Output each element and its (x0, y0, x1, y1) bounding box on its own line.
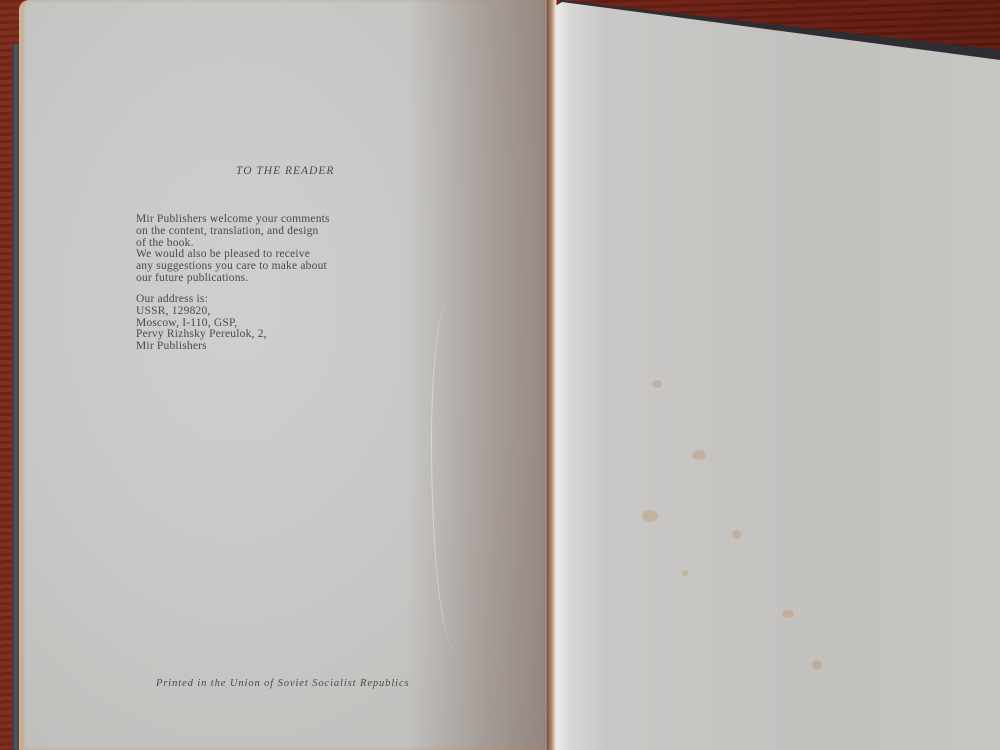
address-line: USSR, 129820, (136, 306, 376, 318)
publisher-address: Our address is: USSR, 129820, Moscow, I-… (136, 294, 376, 353)
left-page (19, 0, 557, 750)
message-line: on the content, translation, and design (136, 226, 376, 238)
book-gutter (547, 0, 556, 750)
address-line: Mir Publishers (136, 341, 376, 353)
reader-message: Mir Publishers welcome your comments on … (136, 214, 376, 285)
right-page (552, 0, 1000, 750)
message-line: our future publications. (136, 273, 376, 285)
imprint-footer: Printed in the Union of Soviet Socialist… (156, 678, 410, 689)
paper-crease (431, 304, 472, 652)
page-heading: TO THE READER (236, 165, 334, 177)
